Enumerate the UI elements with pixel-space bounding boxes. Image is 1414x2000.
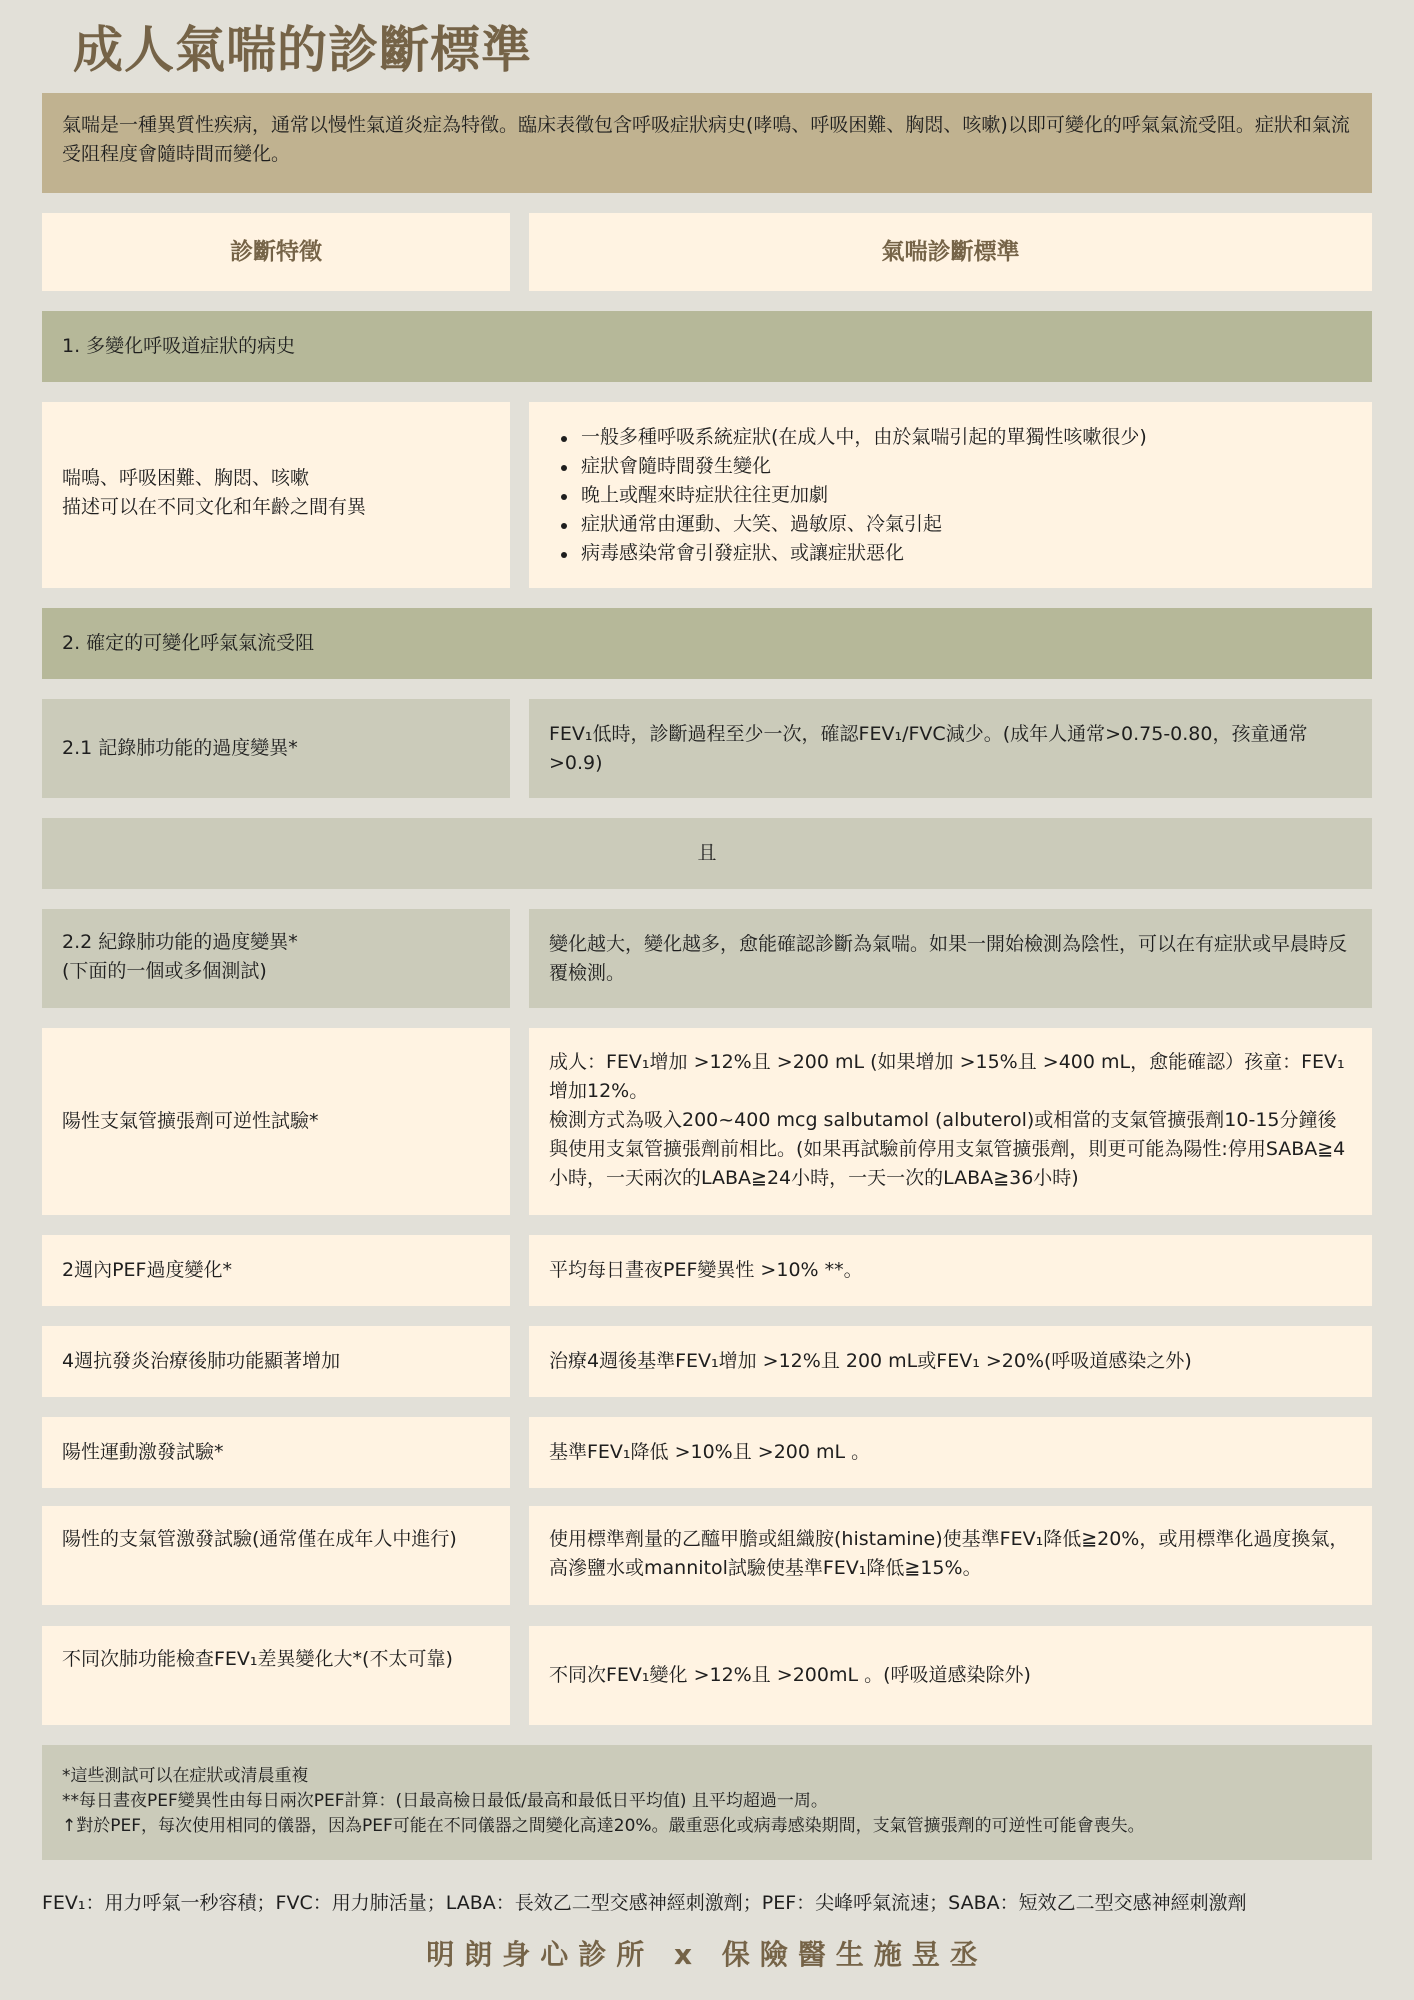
- test-bronchodilator-right: 成人：FEV₁增加 >12%且 >200 mL (如果增加 >15%且 >400…: [529, 1028, 1372, 1215]
- list-item: 病毒感染常會引發症狀、或讓症狀惡化: [561, 539, 1147, 568]
- section-1-heading: 1. 多變化呼吸道症狀的病史: [42, 311, 1372, 382]
- section-1-symptoms-cell: 喘鳴、呼吸困難、胸悶、咳嗽 描述可以在不同文化和年齡之間有異: [42, 402, 510, 588]
- credit-line: 明朗身心診所 x 保險醫生施昱丞: [0, 1935, 1414, 1975]
- test-pef-right: 平均每日晝夜PEF變異性 >10% **。: [529, 1235, 1372, 1306]
- and-connector: 且: [42, 818, 1372, 889]
- symptoms-line: 喘鳴、呼吸困難、胸悶、咳嗽: [62, 464, 490, 493]
- row-2-2-subtitle: (下面的一個或多個測試): [62, 957, 490, 986]
- intro-panel: 氣喘是一種異質性疾病，通常以慢性氣道炎症為特徵。臨床表徵包含呼吸症狀病史(哮鳴、…: [42, 93, 1372, 193]
- test-exercise-right: 基準FEV₁降低 >10%且 >200 mL 。: [529, 1417, 1372, 1488]
- row-2-1-right: FEV₁低時，診斷過程至少一次，確認FEV₁/FVC減少。(成年人通常>0.75…: [529, 699, 1372, 798]
- test-fev1-variation-left: 不同次肺功能檢查FEV₁差異變化大*(不太可靠): [42, 1626, 510, 1725]
- test-exercise-left: 陽性運動激發試驗*: [42, 1417, 510, 1488]
- test-bronchial-challenge-right: 使用標準劑量的乙醯甲膽或組織胺(histamine)使基準FEV₁降低≧20%，…: [529, 1506, 1372, 1605]
- row-2-1-left: 2.1 記錄肺功能的過度變異*: [42, 699, 510, 798]
- test-pef-left: 2週內PEF過度變化*: [42, 1235, 510, 1306]
- abbreviations-legend: FEV₁：用力呼氣一秒容積；FVC：用力肺活量；LABA：長效乙二型交感神經刺激…: [42, 1890, 1402, 1916]
- list-item: 症狀會隨時間發生變化: [561, 452, 1147, 481]
- test-bronchodilator-left: 陽性支氣管擴張劑可逆性試驗*: [42, 1028, 510, 1215]
- test-fev1-variation-right: 不同次FEV₁變化 >12%且 >200mL 。(呼吸道感染除外): [529, 1626, 1372, 1725]
- test-anti-inflammatory-left: 4週抗發炎治療後肺功能顯著增加: [42, 1326, 510, 1397]
- list-item: 晚上或醒來時症狀往往更加劇: [561, 481, 1147, 510]
- row-2-2-title: 2.2 紀錄肺功能的過度變異*: [62, 928, 490, 957]
- list-item: 症狀通常由運動、大笑、過敏原、冷氣引起: [561, 510, 1147, 539]
- row-2-2-left: 2.2 紀錄肺功能的過度變異* (下面的一個或多個測試): [42, 909, 510, 1008]
- list-item: 一般多種呼吸系統症狀(在成人中，由於氣喘引起的單獨性咳嗽很少): [561, 423, 1147, 452]
- symptoms-description: 描述可以在不同文化和年齡之間有異: [62, 493, 490, 522]
- footnote-arrow: ↑對於PEF，每次使用相同的儀器，因為PEF可能在不同儀器之間變化高達20%。嚴…: [62, 1814, 1352, 1839]
- section-2-heading: 2. 確定的可變化呼氣氣流受阻: [42, 608, 1372, 679]
- footnotes-panel: *這些測試可以在症狀或清晨重複 **每日晝夜PEF變異性由每日兩次PEF計算：(…: [42, 1745, 1372, 1860]
- footnote-double-asterisk: **每日晝夜PEF變異性由每日兩次PEF計算：(日最高檢日最低/最高和最低日平均…: [62, 1789, 1352, 1814]
- footnote-single-asterisk: *這些測試可以在症狀或清晨重複: [62, 1764, 1352, 1789]
- row-2-2-right: 變化越大，變化越多，愈能確認診斷為氣喘。如果一開始檢測為陰性，可以在有症狀或早晨…: [529, 909, 1372, 1008]
- page-title: 成人氣喘的診斷標準: [73, 18, 532, 82]
- symptom-criteria-list: 一般多種呼吸系統症狀(在成人中，由於氣喘引起的單獨性咳嗽很少) 症狀會隨時間發生…: [549, 423, 1147, 568]
- bronchodilator-threshold: 成人：FEV₁增加 >12%且 >200 mL (如果增加 >15%且 >400…: [549, 1048, 1352, 1106]
- bronchodilator-method: 檢測方式為吸入200~400 mcg salbutamol (albuterol…: [549, 1106, 1352, 1193]
- header-diagnostic-features: 診斷特徵: [42, 213, 510, 291]
- header-asthma-criteria: 氣喘診斷標準: [529, 213, 1372, 291]
- section-1-criteria-cell: 一般多種呼吸系統症狀(在成人中，由於氣喘引起的單獨性咳嗽很少) 症狀會隨時間發生…: [529, 402, 1372, 588]
- test-bronchial-challenge-left: 陽性的支氣管激發試驗(通常僅在成年人中進行): [42, 1506, 510, 1605]
- test-anti-inflammatory-right: 治療4週後基準FEV₁增加 >12%且 200 mL或FEV₁ >20%(呼吸道…: [529, 1326, 1372, 1397]
- asthma-diagnosis-page: 成人氣喘的診斷標準 氣喘是一種異質性疾病，通常以慢性氣道炎症為特徵。臨床表徵包含…: [0, 0, 1414, 2000]
